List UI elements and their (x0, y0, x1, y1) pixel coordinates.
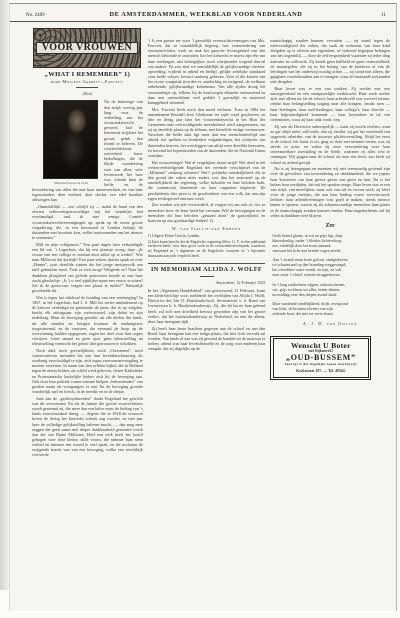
poem-stanza: Gods hemel glanst; in wit en grijs ligt,… (272, 233, 390, 253)
issue-number: No. 2489 (26, 13, 90, 18)
paragraph: Haar leven was er een van werken. Zij we… (270, 86, 390, 122)
divider (76, 87, 98, 88)
voor-vrouwen-banner: VOOR VROUWEN (33, 28, 141, 68)
poem-stanza: Aan ’t strand staan korte golven, snelge… (272, 257, 390, 277)
article-title: „WHAT I REMEMBER” 1) (32, 72, 143, 77)
ad-brand-name: „OUD-BUSSEM” (276, 355, 366, 360)
footnotes: 1) Uitgave Fisher Unwin, Londen. 2) Juis… (148, 234, 266, 258)
masthead-title: DE AMSTERDAMMER, WEEKBLAD VOOR NEDERLAND (90, 11, 322, 18)
portrait-figure: Milicent Fawcett in 1918 (43, 100, 99, 185)
paragraph: Zoo worden wij niet verwonderd, al vrage… (148, 202, 266, 223)
poem-stanza: Daar windende zindelijkheid, drijft, ove… (272, 301, 390, 316)
scanned-newspaper: No. 2489 DE AMSTERDAMMER, WEEKBLAD VOOR … (0, 0, 400, 618)
paragraph: Noch adel, noch geestelijkheid, noch „Ch… (32, 348, 143, 394)
paragraph: Juist aan de „gedisciplineerden” dankt E… (32, 396, 143, 458)
page-number: 11 (322, 12, 386, 18)
scan-left-edge (0, 0, 9, 590)
footnote: 2) Juist komt bericht dat de Engelsche r… (148, 240, 266, 258)
footnote: 1) Uitgave Fisher Unwin, Londen. (148, 234, 266, 239)
column-layout: VOOR VROUWEN „WHAT I REMEMBER” 1) door M… (10, 22, 396, 459)
paragraph: Nu is zij heengegaan en moesten wij niet… (270, 166, 390, 218)
poem-title: Zee (270, 224, 390, 229)
paragraph: Wat is tegen het stikdood de houding van… (32, 295, 143, 347)
portrait-photo (43, 100, 98, 179)
article-byline: door Milicent Garrett—Fawcett. (32, 79, 143, 84)
paragraph: Zij heeft haar beste krachten gegeven aa… (148, 326, 266, 352)
ad-headline: Wenscht U Boter (276, 343, 366, 348)
section-rule (148, 263, 266, 264)
paragraph: Zij was als Directrice onberispelijk — m… (270, 124, 390, 165)
divider (200, 276, 214, 277)
poem-stanza: In ’t laag zuidwesten stijgen, ondoorsch… (272, 282, 390, 297)
memoriam-heading: IN MEMORIAM ALIJDA J. WOLFF (148, 268, 266, 273)
paragraph: Mrs. Fawcett heeft nooit den moed verlor… (148, 107, 266, 159)
column-right: maatschappij zouden kunnen vervatten —, … (270, 27, 390, 459)
article-body: Milicent Fawcett in 1918 Na de hartezege… (32, 99, 143, 457)
paragraph: ’t Is een groote eer voor ’t geestelijk … (148, 38, 266, 105)
photo-caption: Milicent Fawcett in 1918 (43, 181, 99, 185)
banner-title: VOOR VROUWEN (36, 42, 138, 53)
butter-advertisement: Wenscht U Boter met Rijksmerk? „OUD-BUSS… (270, 336, 371, 381)
paragraph: maatschappij zouden kunnen vervatten —, … (270, 38, 390, 84)
poem-signature: A. J. D. van Oosten (270, 321, 390, 326)
column-left: VOOR VROUWEN „WHAT I REMEMBER” 1) door M… (32, 27, 143, 459)
paragraph: Mill en mijn echtgenoot.” Een paar dagen… (32, 242, 143, 294)
paragraph: „Onmiddellijk — zoo schrijft zij — nadat… (32, 204, 143, 240)
ad-address: Kerkstraat 187. — Tel. 49344. (276, 369, 366, 374)
masthead: No. 2489 DE AMSTERDAMMER, WEEKBLAD VOOR … (10, 4, 396, 22)
section-label: (Slot) (32, 91, 143, 96)
advertisement-inner-border: Wenscht U Boter met Rijksmerk? „OUD-BUSS… (273, 338, 369, 378)
newspaper-page: No. 2489 DE AMSTERDAMMER, WEEKBLAD VOOR … (9, 3, 397, 611)
paragraph: Het vrouwenleger! Wat al vergelijken dez… (148, 160, 266, 201)
ad-offer-text: bezorgt U die dagelijks tegen marktprijs (276, 362, 366, 367)
memoriam-dateline: Amsterdam, 12 Februari 1925 (148, 280, 266, 285)
author-signature: W. van Itallie-van Embden (148, 226, 266, 231)
paragraph: In het „Algemeen Handelsblad” van gister… (148, 288, 266, 324)
column-middle: ’t Is een groote eer voor ’t geestelijk … (148, 27, 266, 459)
